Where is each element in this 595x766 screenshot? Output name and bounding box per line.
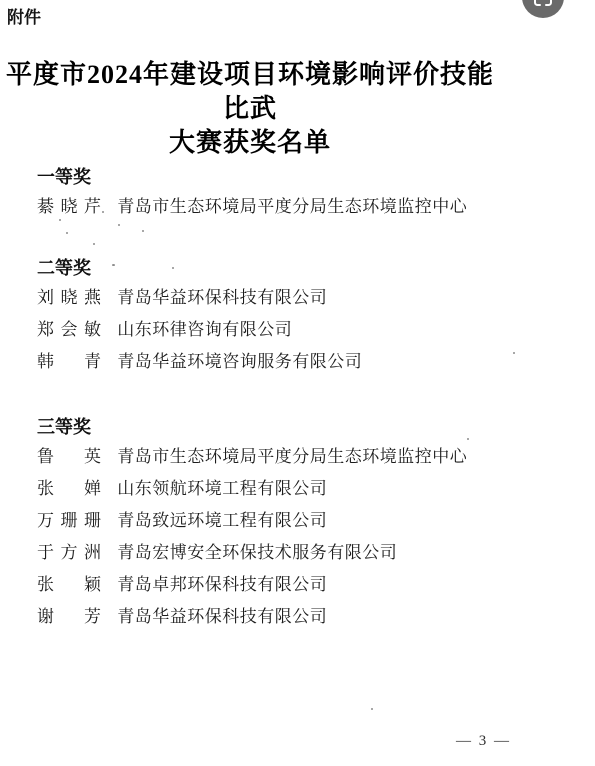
scan-speck [142, 230, 144, 232]
winner-name: 綦晓芹 [37, 197, 101, 217]
section-second-prize: 二等奖 刘晓燕 青岛华益环保科技有限公司 郑会敏 山东环律咨询有限公司 韩 青 … [37, 256, 362, 384]
document-title: 平度市2024年建设项目环境影响评价技能比武 大赛获奖名单 [0, 58, 500, 160]
winner-organization: 青岛卓邦环保科技有限公司 [117, 575, 327, 595]
scan-speck [467, 438, 469, 440]
winner-organization: 青岛市生态环境局平度分局生态环境监控中心 [117, 447, 467, 467]
scan-speck [59, 219, 61, 221]
scanned-document-page: 附件 平度市2024年建设项目环境影响评价技能比武 大赛获奖名单 一等奖 綦晓芹… [0, 0, 595, 766]
scan-speck [102, 211, 104, 213]
scan-speck [112, 264, 115, 266]
winner-name: 韩 青 [37, 352, 101, 372]
section-third-prize: 三等奖 鲁 英 青岛市生态环境局平度分局生态环境监控中心 张 婵 山东领航环境工… [37, 415, 467, 639]
winner-name: 张 婵 [37, 479, 101, 499]
section-first-prize: 一等奖 綦晓芹 青岛市生态环境局平度分局生态环境监控中心 [37, 165, 467, 229]
winner-name: 万珊珊 [37, 511, 101, 531]
scan-speck [371, 708, 373, 710]
winner-name: 张 颖 [37, 575, 101, 595]
winner-row: 万珊珊 青岛致远环境工程有限公司 [37, 511, 467, 531]
winner-organization: 山东环律咨询有限公司 [117, 320, 292, 340]
document-title-line-1: 平度市2024年建设项目环境影响评价技能比武 [0, 58, 500, 126]
winner-name: 刘晓燕 [37, 288, 101, 308]
section-heading-first-prize: 一等奖 [37, 165, 467, 189]
winner-organization: 青岛市生态环境局平度分局生态环境监控中心 [117, 197, 467, 217]
winner-row: 鲁 英 青岛市生态环境局平度分局生态环境监控中心 [37, 447, 467, 467]
scan-speck [118, 224, 120, 226]
attachment-label: 附件 [7, 3, 41, 28]
winner-organization: 青岛华益环保科技有限公司 [117, 288, 327, 308]
winner-row: 张 婵 山东领航环境工程有限公司 [37, 479, 467, 499]
winner-organization: 青岛华益环保科技有限公司 [117, 607, 327, 627]
winner-organization: 青岛宏博安全环保技术服务有限公司 [117, 543, 397, 563]
winner-row: 于方洲 青岛宏博安全环保技术服务有限公司 [37, 543, 467, 563]
winner-organization: 青岛华益环境咨询服务有限公司 [117, 352, 362, 372]
section-heading-third-prize: 三等奖 [37, 415, 467, 439]
section-heading-second-prize: 二等奖 [37, 256, 362, 280]
winner-row: 谢 芳 青岛华益环保科技有限公司 [37, 607, 467, 627]
winner-name: 谢 芳 [37, 607, 101, 627]
winner-name: 于方洲 [37, 543, 101, 563]
winner-row: 韩 青 青岛华益环境咨询服务有限公司 [37, 352, 362, 372]
winner-row: 郑会敏 山东环律咨询有限公司 [37, 320, 362, 340]
scan-speck [172, 267, 174, 269]
scan-speck [513, 352, 515, 354]
scan-speck [66, 232, 68, 234]
document-title-line-2: 大赛获奖名单 [0, 126, 500, 160]
winner-organization: 青岛致远环境工程有限公司 [117, 511, 327, 531]
scan-speck [93, 243, 95, 245]
page-number: — 3 — [456, 733, 511, 750]
winner-name: 鲁 英 [37, 447, 101, 467]
winner-row: 张 颖 青岛卓邦环保科技有限公司 [37, 575, 467, 595]
winner-name: 郑会敏 [37, 320, 101, 340]
winner-row: 綦晓芹 青岛市生态环境局平度分局生态环境监控中心 [37, 197, 467, 217]
winner-row: 刘晓燕 青岛华益环保科技有限公司 [37, 288, 362, 308]
winner-organization: 山东领航环境工程有限公司 [117, 479, 327, 499]
